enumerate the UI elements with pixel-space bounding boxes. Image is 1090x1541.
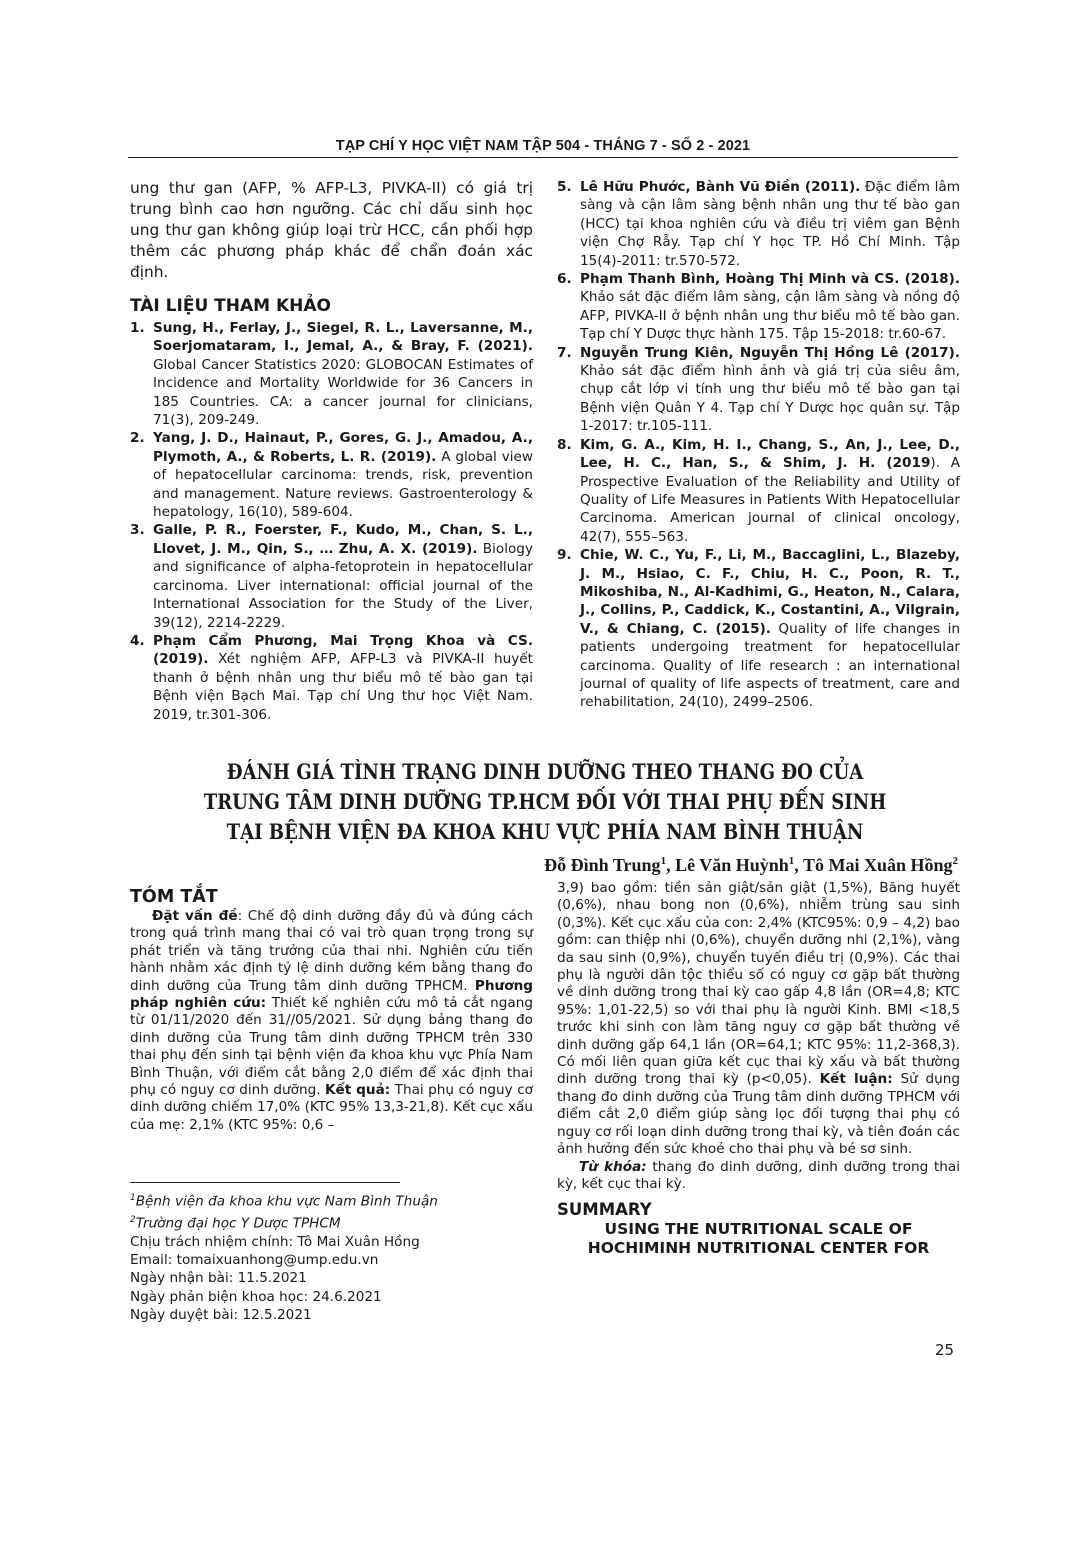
- reference-number: 3.: [130, 521, 145, 539]
- article-title-line: TẠI BỆNH VIỆN ĐA KHOA KHU VỰC PHÍA NAM B…: [188, 817, 902, 847]
- author-name: Tô Mai Xuân Hồng: [803, 855, 953, 875]
- reference-text: Khảo sát đặc điểm lâm sàng, cận lâm sàng…: [580, 289, 960, 342]
- abstract-left-column: TÓM TẮT Đặt vấn đề: Chế độ dinh dưỡng đầ…: [130, 886, 533, 1134]
- reference-number: 6.: [557, 270, 572, 288]
- conclusion-label: Kết luận:: [820, 1071, 893, 1087]
- background-label: Đặt vấn đề: [152, 908, 238, 924]
- reference-item: 5.Lê Hữu Phước, Bành Vũ Điền (2011). Đặc…: [557, 178, 960, 270]
- date-received: Ngày nhận bài: 11.5.2021: [130, 1269, 533, 1287]
- affiliation-text: Trường đại học Y Dược TPHCM: [136, 1215, 341, 1231]
- left-column-top: ung thư gan (AFP, % AFP-L3, PIVKA-II) có…: [130, 178, 533, 724]
- date-reviewed: Ngày phản biện khoa học: 24.6.2021: [130, 1288, 533, 1306]
- page-number: 25: [935, 1341, 954, 1359]
- journal-running-header: TẠP CHÍ Y HỌC VIỆT NAM TẬP 504 - THÁNG 7…: [128, 138, 958, 154]
- reference-number: 8.: [557, 436, 572, 454]
- reference-number: 7.: [557, 344, 572, 362]
- abstract-body-left: Đặt vấn đề: Chế độ dinh dưỡng đầy đủ và …: [130, 908, 533, 1134]
- reference-item: 4.Phạm Cẩm Phương, Mai Trọng Khoa và CS.…: [130, 632, 533, 724]
- article-authors: Đỗ Đình Trung1, Lê Văn Huỳnh1, Tô Mai Xu…: [544, 855, 958, 876]
- author-name: Đỗ Đình Trung: [544, 855, 660, 875]
- reference-item: 7.Nguyễn Trung Kiên, Nguyễn Thị Hồng Lê …: [557, 344, 960, 436]
- affiliation-text: Bệnh viện đa khoa khu vực Nam Bình Thuận: [136, 1194, 438, 1210]
- reference-authors: Sung, H., Ferlay, J., Siegel, R. L., Lav…: [153, 320, 533, 354]
- article-title: ĐÁNH GIÁ TÌNH TRẠNG DINH DƯỠNG THEO THAN…: [188, 757, 902, 847]
- date-accepted: Ngày duyệt bài: 12.5.2021: [130, 1306, 533, 1324]
- author-name: Lê Văn Huỳnh: [675, 855, 789, 875]
- summary-title-line: HOCHIMINH NUTRITIONAL CENTER FOR: [557, 1239, 960, 1258]
- references-list-right: 5.Lê Hữu Phước, Bành Vũ Điền (2011). Đặc…: [557, 178, 960, 712]
- abstract-right-column: 3,9) bao gồm: tiền sản giật/sản giật (1,…: [557, 880, 960, 1258]
- reference-authors: Nguyễn Trung Kiên, Nguyễn Thị Hồng Lê (2…: [580, 345, 960, 361]
- reference-authors: Kim, G. A., Kim, H. I., Chang, S., An, J…: [580, 437, 960, 471]
- reference-number: 5.: [557, 178, 572, 196]
- corresponding-email: Email: tomaixuanhong@ump.edu.vn: [130, 1251, 533, 1269]
- reference-number: 1.: [130, 319, 145, 337]
- reference-item: 9.Chie, W. C., Yu, F., Li, M., Baccaglin…: [557, 546, 960, 712]
- summary-heading: SUMMARY: [557, 1201, 960, 1219]
- author-separator: ,: [794, 855, 803, 875]
- corresponding-author: Chịu trách nhiệm chính: Tô Mai Xuân Hồng: [130, 1233, 533, 1251]
- reference-authors: Galle, P. R., Foerster, F., Kudo, M., Ch…: [153, 522, 533, 556]
- reference-text: Xét nghiệm AFP, AFP-L3 và PIVKA-II huyết…: [153, 651, 533, 722]
- reference-text: Khảo sát đặc điểm hình ảnh và giá trị củ…: [580, 363, 960, 434]
- reference-item: 8.Kim, G. A., Kim, H. I., Chang, S., An,…: [557, 436, 960, 546]
- summary-title-line: USING THE NUTRITIONAL SCALE OF: [557, 1220, 960, 1239]
- prev-conclusion-tail: ung thư gan (AFP, % AFP-L3, PIVKA-II) có…: [130, 178, 533, 283]
- right-column-top: 5.Lê Hữu Phước, Bành Vũ Điền (2011). Đặc…: [557, 178, 960, 712]
- abstract-body-right: 3,9) bao gồm: tiền sản giật/sản giật (1,…: [557, 880, 960, 1159]
- affiliation-1: 1Bệnh viện đa khoa khu vực Nam Bình Thuậ…: [130, 1189, 533, 1211]
- footnote-divider: [130, 1182, 400, 1183]
- keywords: Từ khóa: thang đo dinh dưỡng, dinh dưỡng…: [557, 1159, 960, 1194]
- affiliation-2: 2Trường đại học Y Dược TPHCM: [130, 1211, 533, 1233]
- reference-number: 2.: [130, 429, 145, 447]
- results-label: Kết quả:: [325, 1082, 390, 1098]
- reference-item: 2.Yang, J. D., Hainaut, P., Gores, G. J.…: [130, 429, 533, 521]
- reference-authors: Phạm Thanh Bình, Hoàng Thị Minh và CS. (…: [580, 271, 960, 287]
- author-separator: ,: [666, 855, 675, 875]
- reference-number: 4.: [130, 632, 145, 650]
- references-heading: TÀI LIỆU THAM KHẢO: [130, 295, 533, 317]
- article-title-line: TRUNG TÂM DINH DƯỠNG TP.HCM ĐỐI VỚI THAI…: [188, 787, 902, 817]
- header-divider: [128, 157, 958, 158]
- reference-item: 6.Phạm Thanh Bình, Hoàng Thị Minh và CS.…: [557, 270, 960, 344]
- author-affiliation-mark: 2: [953, 855, 959, 867]
- reference-item: 1.Sung, H., Ferlay, J., Siegel, R. L., L…: [130, 319, 533, 429]
- reference-text: Global Cancer Statistics 2020: GLOBOCAN …: [153, 357, 533, 428]
- footnotes: 1Bệnh viện đa khoa khu vực Nam Bình Thuậ…: [130, 1189, 533, 1324]
- keywords-label: Từ khóa:: [579, 1159, 647, 1175]
- results-text-continued: 3,9) bao gồm: tiền sản giật/sản giật (1,…: [557, 880, 960, 1087]
- reference-number: 9.: [557, 546, 572, 564]
- summary-title: USING THE NUTRITIONAL SCALE OF HOCHIMINH…: [557, 1220, 960, 1258]
- reference-authors: Lê Hữu Phước, Bành Vũ Điền (2011).: [580, 179, 860, 195]
- references-list-left: 1.Sung, H., Ferlay, J., Siegel, R. L., L…: [130, 319, 533, 724]
- reference-item: 3.Galle, P. R., Foerster, F., Kudo, M., …: [130, 521, 533, 631]
- abstract-heading: TÓM TẮT: [130, 886, 533, 908]
- article-title-line: ĐÁNH GIÁ TÌNH TRẠNG DINH DƯỠNG THEO THAN…: [188, 757, 902, 787]
